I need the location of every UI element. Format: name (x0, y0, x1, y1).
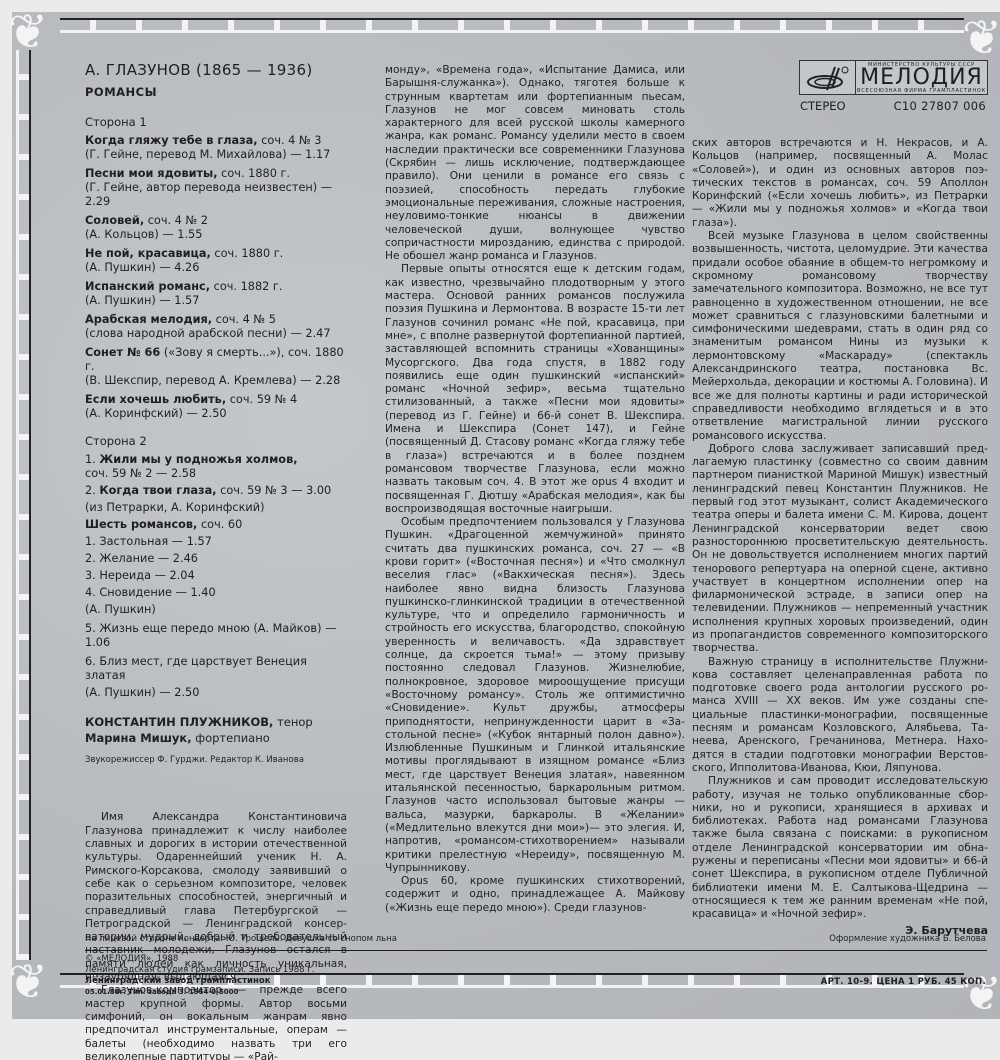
track-item: Испанский романс, соч. 1882 г.(А. Пушкин… (85, 280, 347, 308)
essay-paragraph: Важную страницу в исполнительстве Плужни… (692, 656, 988, 776)
ornament-corner-icon: ❦ (954, 10, 1000, 66)
cycle-item: (А. Пушкин) (85, 603, 347, 617)
track-info: (слова народной арабской песни) — 2.47 (85, 327, 331, 340)
firm-text: ВСЕСОЮЗНАЯ ФИРМА ГРАМПЛАСТИНОК (857, 88, 986, 94)
track-title: Соловей, (85, 214, 144, 227)
track-title: Сонет № 66 (85, 346, 160, 359)
track-item: Если хочешь любить, соч. 59 № 4(А. Корин… (85, 393, 347, 421)
track-info: (А. Коринфский) — 2.50 (85, 407, 227, 420)
copyright: © «МЕЛОДИЯ», 1988 (85, 954, 314, 965)
track-author: (из Петрарки, А. Коринфский) (85, 501, 347, 515)
side-1-label: Сторона 1 (85, 116, 347, 129)
footer-divider (85, 950, 987, 951)
brand-name: МЕЛОДИЯ (860, 68, 983, 88)
catalog-number: С10 27807 006 (880, 99, 986, 113)
studio-info: Ленинградская студия грамзаписи. Запись … (85, 965, 314, 976)
track-opus: соч. 4 № 2 (144, 214, 208, 227)
essay-part-3: ских авторов встречаются и Н. Некрасов, … (692, 137, 988, 922)
track-item: Арабская мелодия, соч. 4 № 5(слова народ… (85, 313, 347, 341)
track-info: (Г. Гейне, перевод М. Михайлова) — 1.17 (85, 148, 330, 161)
cycle-item: 6. Близ мест, где царствует Венеция злат… (85, 655, 347, 683)
track-title: Если хочешь любить, (85, 393, 226, 406)
track-title: Когда гляжу тебе в глаза, (85, 134, 258, 147)
essay-paragraph: Доброго слова заслуживает записавший пре… (692, 443, 988, 656)
column-essay-right: ских авторов встречаются и Н. Некрасов, … (692, 137, 988, 937)
track-item: 2. Когда твои глаза, соч. 59 № 3 — 3.00 (85, 484, 347, 498)
side-2-tracklist: 1. Жили мы у подножья холмов,соч. 59 № 2… (85, 453, 347, 700)
stereo-label: СТЕРЕО (800, 99, 846, 113)
column-tracklist: А. ГЛАЗУНОВ (1865 — 1936) РОМАНСЫ Сторон… (85, 64, 347, 1060)
side-2-label: Сторона 2 (85, 435, 347, 448)
cycle-item: 2. Желание — 2.46 (85, 552, 347, 566)
cycle-opus: соч. 60 (197, 518, 242, 531)
plant-info: Ленинградский завод грампластинок (85, 976, 314, 987)
ornament-corner-icon: ❦ (954, 966, 1000, 1022)
column-essay-middle: монду», «Времена года», «Испытание Дамис… (385, 64, 685, 915)
track-title: Не пой, красавица, (85, 247, 211, 260)
track-info: соч. 59 № 2 — 2.58 (85, 467, 196, 480)
print-info: 05.01.88г. Тип. завода 3. 1964-0-5000 (85, 987, 314, 998)
track-item: Не пой, красавица, соч. 1880 г.(А. Пушки… (85, 247, 347, 275)
melodiya-logo: МИНИСТЕРСТВО КУЛЬТУРЫ СССР МЕЛОДИЯ ВСЕСО… (799, 60, 988, 95)
production-credits: Звукорежиссер Ф. Гурджи. Редактор К. Ива… (85, 754, 347, 767)
track-opus: соч. 59 № 4 (226, 393, 297, 406)
singer: КОНСТАНТИН ПЛУЖНИКОВ, тенор (85, 714, 347, 730)
price-label: АРТ. 10-9. ЦЕНА 1 РУБ. 45 КОП. (821, 977, 986, 987)
track-info: соч. 59 № 3 — 3.00 (217, 484, 332, 497)
track-item: Сонет № 66 («Зову я смерть...»), соч. 18… (85, 346, 347, 388)
cycle-item: 3. Нереида — 2.04 (85, 569, 347, 583)
side-1-tracklist: Когда гляжу тебе в глаза, соч. 4 № 3(Г. … (85, 134, 347, 421)
essay-paragraph: Плужников и сам проводит исследовательск… (692, 775, 988, 921)
track-title: Арабская мелодия, (85, 313, 212, 326)
track-number: 1. (85, 453, 99, 466)
essay-paragraph: Особым предпочтением пользовался у Глазу… (385, 516, 685, 875)
cycle-heading: Шесть романсов, соч. 60 (85, 518, 347, 532)
track-opus: соч. 1882 г. (210, 280, 282, 293)
album-genre: РОМАНСЫ (85, 86, 347, 99)
cycle-item: (А. Пушкин) — 2.50 (85, 686, 347, 700)
singer-role: тенор (273, 715, 312, 729)
track-item: 1. Жили мы у подножья холмов,соч. 59 № 2… (85, 453, 347, 481)
imprint: © «МЕЛОДИЯ», 1988 Ленинградская студия г… (85, 954, 314, 998)
essay-paragraph: монду», «Времена года», «Испытание Дамис… (385, 64, 685, 263)
composer-title: А. ГЛАЗУНОВ (1865 — 1936) (85, 64, 347, 77)
track-title: Испанский романс, (85, 280, 210, 293)
cycle-title: Шесть романсов, (85, 518, 197, 531)
track-title: Когда твои глаза, (99, 484, 216, 497)
track-opus: соч. 1880 г. (218, 167, 290, 180)
track-info: (Г. Гейне, автор перевода неизвестен) — … (85, 181, 332, 208)
track-info: (А. Пушкин) — 1.57 (85, 294, 199, 307)
decorative-border-left (16, 50, 31, 960)
cycle-item: 5. Жизнь еще передо мною (А. Майков) — 1… (85, 622, 347, 650)
ornament-corner-icon: ❦ (0, 954, 56, 1010)
melodiya-record-icon (800, 61, 856, 94)
track-info: (В. Шекспир, перевод А. Кремлева) — 2.28 (85, 374, 340, 387)
design-credit: Оформление художника Б. Белова (829, 934, 986, 944)
pianist-role: фортепиано (192, 731, 270, 745)
track-opus: соч. 4 № 3 (258, 134, 322, 147)
pianist: Марина Мишук, фортепиано (85, 730, 347, 746)
essay-paragraph: ских авторов встречаются и Н. Некрасов, … (692, 137, 988, 230)
ornament-corner-icon: ❦ (0, 4, 56, 60)
track-item: Когда гляжу тебе в глаза, соч. 4 № 3(Г. … (85, 134, 347, 162)
pianist-name: Марина Мишук, (85, 731, 192, 745)
track-opus: соч. 1880 г. (211, 247, 283, 260)
essay-paragraph: Первые опыты относятся еще к детским го­… (385, 263, 685, 516)
essay-part-2: монду», «Времена года», «Испытание Дамис… (385, 64, 685, 915)
essay-paragraph: Opus 60, кроме пушкинских стихотворений,… (385, 875, 685, 915)
track-info: (А. Пушкин) — 4.26 (85, 261, 199, 274)
track-title: Песни мои ядовиты, (85, 167, 218, 180)
essay-paragraph: Всей музыке Глазунова в целом свойственн… (692, 230, 988, 443)
track-item: Песни мои ядовиты, соч. 1880 г.(Г. Гейне… (85, 167, 347, 209)
track-title: Жили мы у подножья холмов, (99, 453, 297, 466)
singer-name: КОНСТАНТИН ПЛУЖНИКОВ, (85, 715, 273, 729)
decorative-border-top (60, 18, 964, 33)
performers: КОНСТАНТИН ПЛУЖНИКОВ, тенор Марина Мишук… (85, 714, 347, 746)
track-item: Соловей, соч. 4 № 2(А. Кольцов) — 1.55 (85, 214, 347, 242)
track-info: (А. Кольцов) — 1.55 (85, 228, 202, 241)
cycle-item: 4. Сновидение — 1.40 (85, 586, 347, 600)
track-number: 2. (85, 484, 99, 497)
track-opus: соч. 4 № 5 (212, 313, 276, 326)
cycle-item: 1. Застольная — 1.57 (85, 535, 347, 549)
cover-art-note: На лицевой стороне конверта: Ю. Трошель.… (85, 934, 397, 944)
